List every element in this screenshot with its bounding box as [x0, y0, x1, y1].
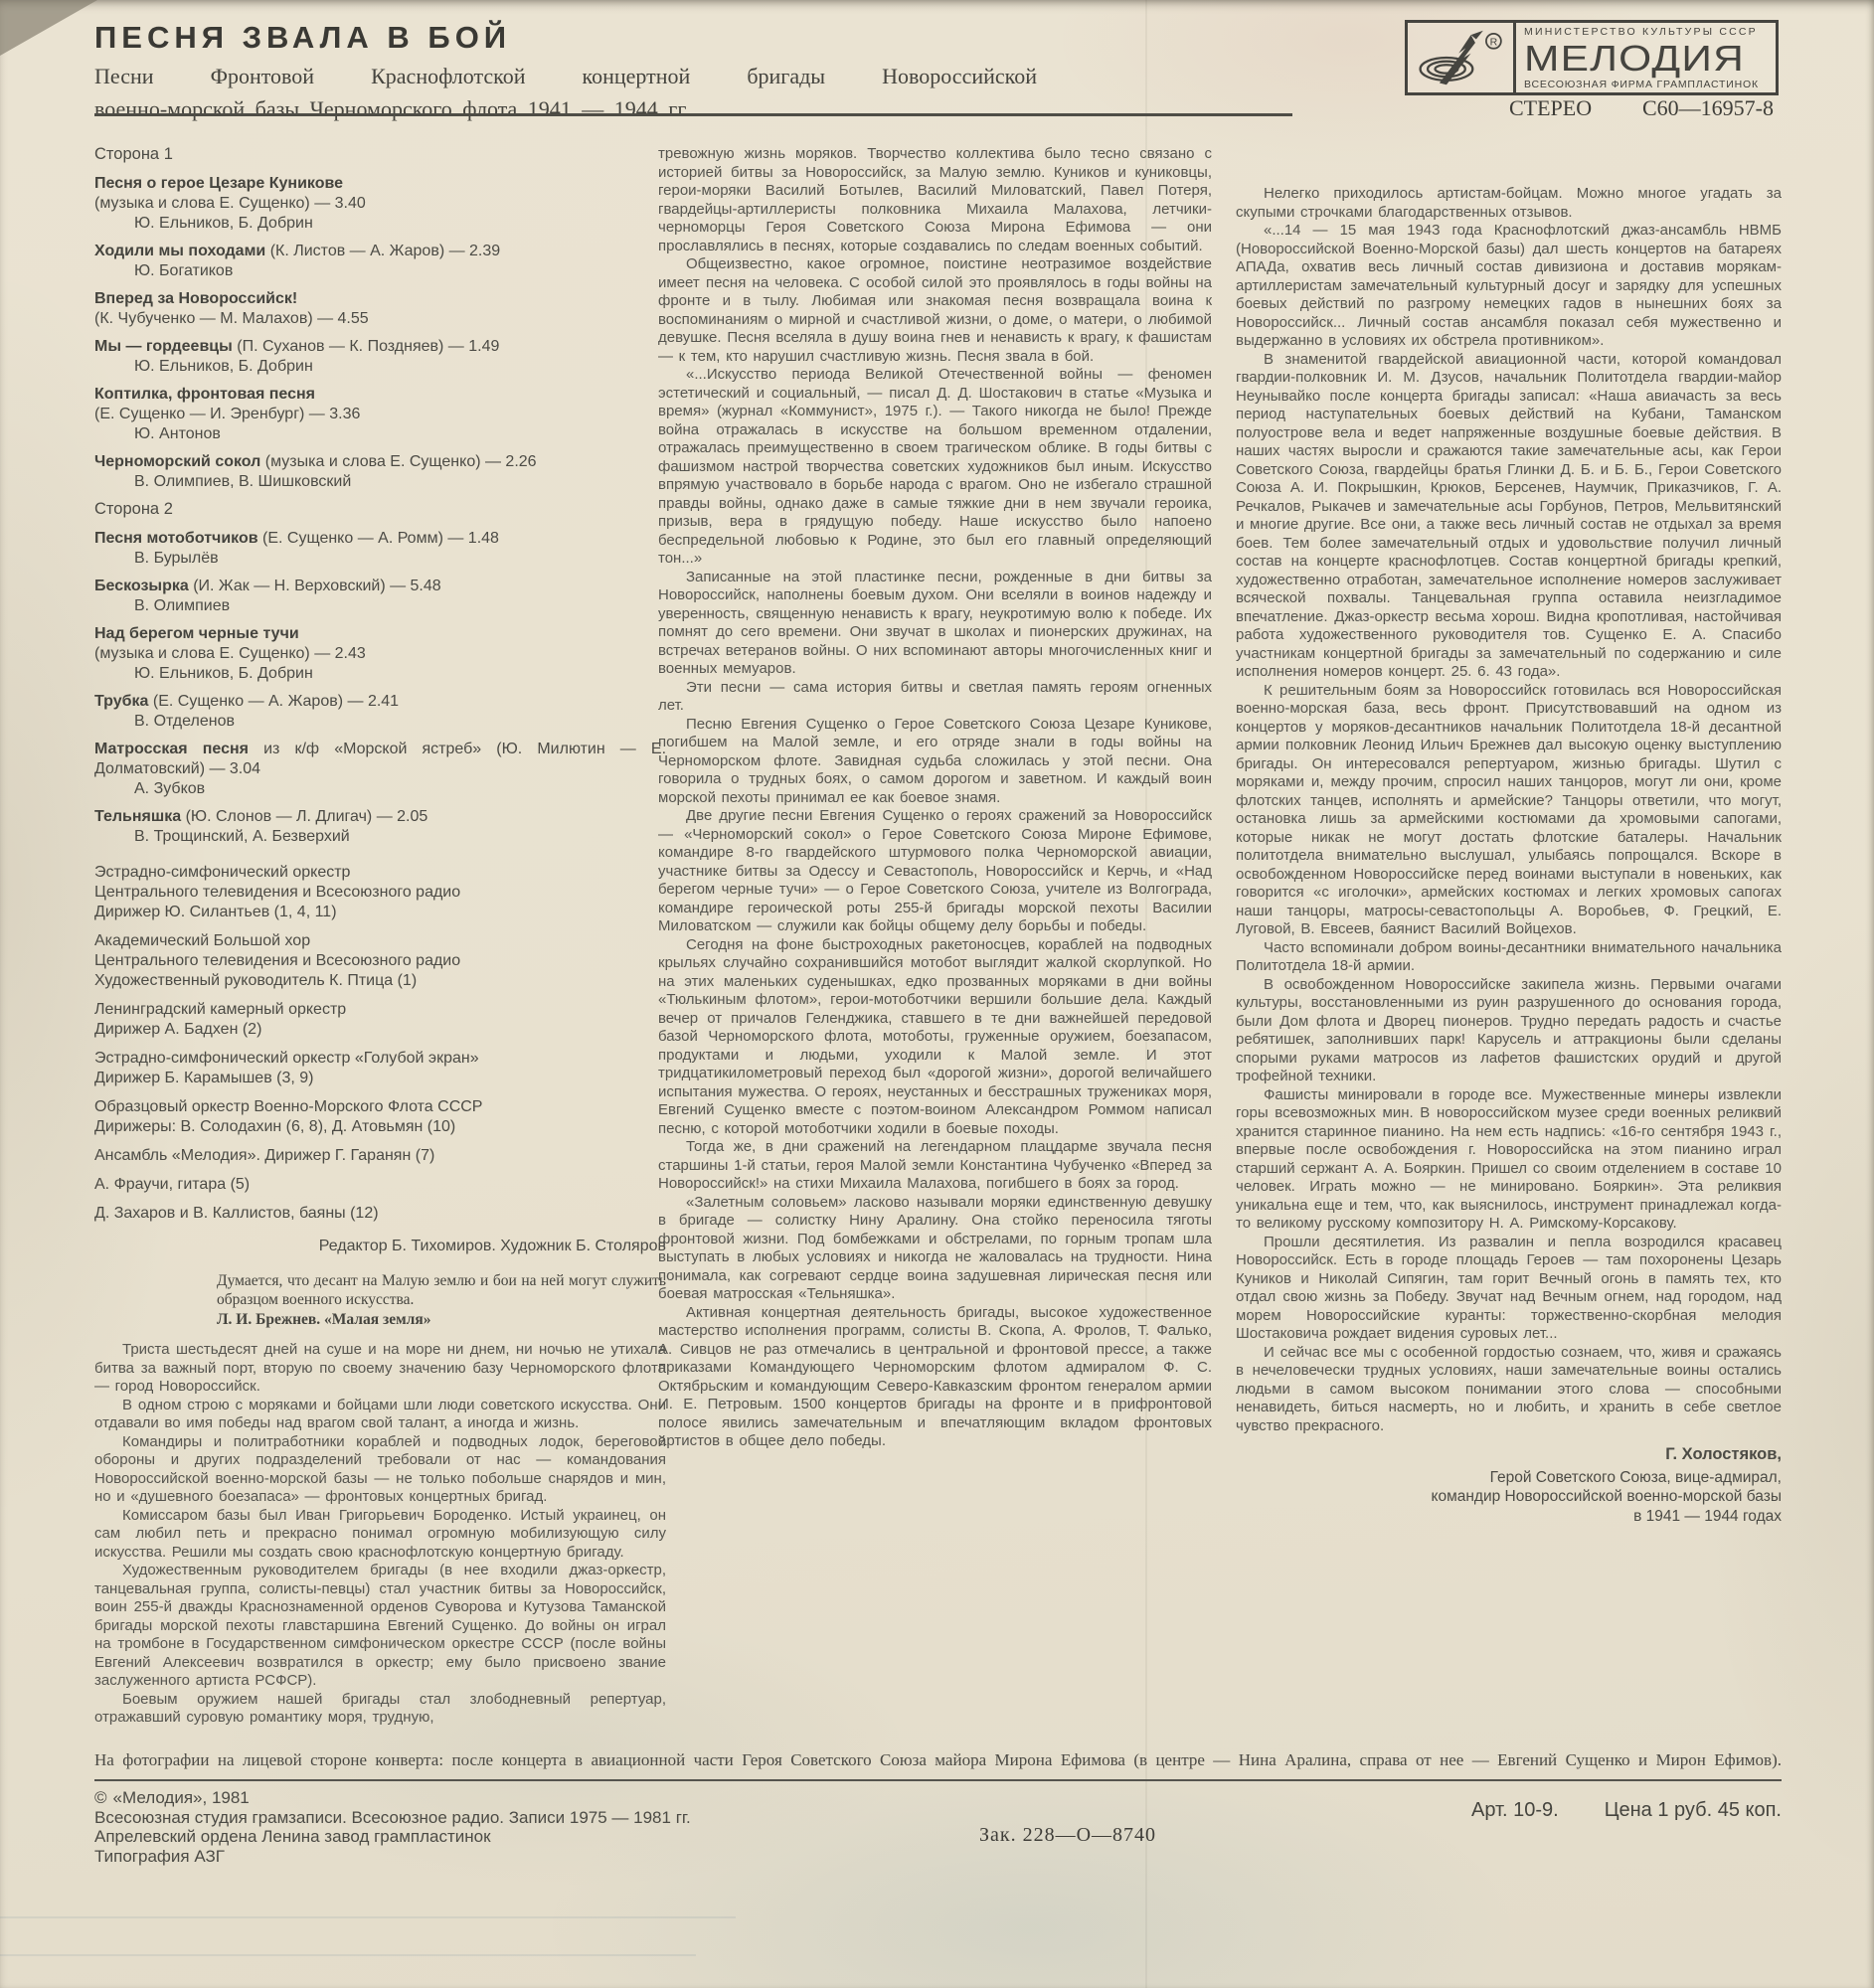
track-item: Матросская песня из к/ф «Морской ястреб»…	[94, 740, 666, 799]
signature-name: Г. Холостяков,	[1236, 1445, 1782, 1465]
catalog-number: С60—16957-8	[1642, 95, 1774, 121]
paragraph: Тогда же, в дни сражений на легендарном …	[658, 1138, 1212, 1194]
track-meta: (Ю. Слонов — Л. Длигач) — 2.05	[186, 808, 428, 825]
track-performers: В. Олимпиев	[94, 596, 666, 616]
paragraph: Записанные на этой пластинке песни, рожд…	[658, 569, 1212, 679]
track-meta: (Е. Сущенко — А. Жаров) — 2.41	[153, 693, 399, 710]
paragraph: Эти песни — сама история битвы и светлая…	[658, 679, 1212, 716]
column-essay-right: Нелегко приходилось артистам-бойцам. Мож…	[1236, 185, 1782, 1526]
paragraph: «Залетным соловьем» ласково называли мор…	[658, 1194, 1212, 1304]
signature-line: в 1941 — 1944 годах	[1236, 1507, 1782, 1527]
track-meta: (К. Листов — А. Жаров) — 2.39	[270, 243, 500, 259]
studio-line: Всесоюзная студия грамзаписи. Всесоюзное…	[94, 1808, 870, 1828]
paragraph: Комиссаром базы был Иван Григорьевич Бор…	[94, 1507, 666, 1563]
track-title: Черноморский сокол	[94, 453, 260, 470]
track-item: Песня мотоботчиков (Е. Сущенко — А. Ромм…	[94, 529, 666, 569]
track-performers: В. Трощинский, А. Безверхий	[94, 827, 666, 847]
track-item: Черноморский сокол (музыка и слова Е. Су…	[94, 452, 666, 492]
track-title: Бескозырка	[94, 578, 189, 594]
credit-line: Эстрадно-симфонический оркестр	[94, 863, 666, 883]
track-performers: В. Олимпиев, В. Шишковский	[94, 472, 666, 492]
track-performers: А. Зубков	[94, 779, 666, 799]
quote-text: Думается, что десант на Малую землю и бо…	[217, 1271, 666, 1309]
credit-block: А. Фраучи, гитара (5)	[94, 1175, 666, 1195]
paragraph: В освобожденном Новороссийске закипела ж…	[1236, 976, 1782, 1086]
track-meta: (Е. Сущенко — А. Ромм) — 1.48	[262, 530, 499, 547]
paragraph: Командиры и политработники кораблей и по…	[94, 1433, 666, 1507]
paragraph: В одном строю с моряками и бойцами шли л…	[94, 1397, 666, 1433]
record-sleeve-back: ПЕСНЯ ЗВАЛА В БОЙ Песни Фронтовой Красно…	[0, 0, 1874, 1988]
track-item: Вперед за Новороссийск! (К. Чубученко — …	[94, 289, 666, 329]
credit-block: Эстрадно-симфонический оркестр «Голубой …	[94, 1049, 666, 1088]
track-title: Мы — гордеевцы	[94, 338, 233, 355]
stereo-badge: СТЕРЕО	[1509, 95, 1592, 121]
header-rule	[94, 113, 1292, 116]
credit-line: Эстрадно-симфонический оркестр «Голубой …	[94, 1049, 666, 1069]
credit-line: Дирижер Ю. Силантьев (1, 4, 11)	[94, 903, 666, 922]
paragraph: Фашисты минировали в городе все. Мужеств…	[1236, 1086, 1782, 1234]
paragraph: Часто вспоминали добром воины-десантники…	[1236, 939, 1782, 976]
track-title: Матросская песня	[94, 741, 249, 757]
track-performers: Ю. Антонов	[94, 424, 666, 444]
track-item: Над берегом черные тучи (музыка и слова …	[94, 624, 666, 684]
editor-artist-line: Редактор Б. Тихомиров. Художник Б. Столя…	[94, 1238, 666, 1255]
track-item: Тельняшка (Ю. Слонов — Л. Длигач) — 2.05…	[94, 807, 666, 847]
copyright-icon: ©	[94, 1788, 107, 1808]
credit-block: Образцовый оркестр Военно-Морского Флота…	[94, 1097, 666, 1137]
horizontal-crease	[0, 1916, 736, 1918]
track-item: Трубка (Е. Сущенко — А. Жаров) — 2.41 В.…	[94, 692, 666, 732]
plant-line: Апрелевский ордена Ленина завод грамплас…	[94, 1827, 870, 1847]
paragraph: И сейчас все мы с особенной гордостью со…	[1236, 1344, 1782, 1436]
credit-block: Ансамбль «Мелодия». Дирижер Г. Гаранян (…	[94, 1146, 666, 1166]
paragraph: «...Искусство периода Великой Отечествен…	[658, 366, 1212, 569]
track-meta: (И. Жак — Н. Верховский) — 5.48	[193, 578, 440, 594]
paragraph: Общеизвестно, какое огромное, поистине н…	[658, 255, 1212, 366]
track-meta: (Е. Сущенко — И. Эренбург) — 3.36	[94, 406, 360, 422]
signature-line: Герой Советского Союза, вице-адмирал,	[1236, 1468, 1782, 1488]
side1-heading: Сторона 1	[94, 145, 666, 164]
paragraph: «...14 — 15 мая 1943 года Краснофлотский…	[1236, 222, 1782, 351]
melodiya-emblem-icon: R	[1408, 23, 1516, 92]
credit-line: Дирижеры: В. Солодахин (6, 8), Д. Атовьм…	[94, 1117, 666, 1137]
track-meta: (музыка и слова Е. Сущенко) — 2.43	[94, 645, 366, 662]
track-item: Коптилка, фронтовая песня (Е. Сущенко — …	[94, 385, 666, 444]
paragraph: Нелегко приходилось артистам-бойцам. Мож…	[1236, 185, 1782, 222]
signature-block: Г. Холостяков, Герой Советского Союза, в…	[1236, 1445, 1782, 1526]
track-title: Песня о герое Цезаре Куникове	[94, 175, 343, 192]
credit-line: Центрального телевидения и Всесоюзного р…	[94, 951, 666, 971]
track-title: Песня мотоботчиков	[94, 530, 258, 547]
paragraph: К решительным боям за Новороссийск готов…	[1236, 682, 1782, 939]
copyright-line: ©«Мелодия», 1981	[94, 1788, 870, 1808]
paragraph: Сегодня на фоне быстроходных ракетоносце…	[658, 936, 1212, 1139]
paragraph: Художественным руководителем бригады (в …	[94, 1562, 666, 1691]
track-meta: (музыка и слова Е. Сущенко) — 2.26	[265, 453, 537, 470]
label-brand: МЕЛОДИЯ	[1524, 42, 1813, 75]
credit-line: Ансамбль «Мелодия». Дирижер Г. Гаранян (…	[94, 1146, 666, 1166]
credit-line: А. Фраучи, гитара (5)	[94, 1175, 666, 1195]
track-title: Тельняшка	[94, 808, 181, 825]
credit-line: Д. Захаров и В. Каллистов, баяны (12)	[94, 1204, 666, 1224]
track-meta: (музыка и слова Е. Сущенко) — 3.40	[94, 195, 366, 212]
track-meta: (К. Чубученко — М. Малахов) — 4.55	[94, 310, 369, 327]
credit-block: Эстрадно-симфонический оркестр Центральн…	[94, 863, 666, 922]
credit-block: Академический Большой хор Центрального т…	[94, 931, 666, 991]
svg-text:R: R	[1490, 36, 1498, 48]
credit-line: Дирижер Б. Карамышев (3, 9)	[94, 1069, 666, 1088]
stereo-catalog-line: СТЕРЕО С60—16957-8	[1509, 95, 1774, 121]
copyright-text: «Мелодия», 1981	[113, 1788, 250, 1807]
track-performers: Ю. Богатиков	[94, 261, 666, 281]
track-title: Ходили мы походами	[94, 243, 265, 259]
signature-line: командир Новороссийской военно-морской б…	[1236, 1487, 1782, 1507]
art-number: Арт. 10-9.	[1471, 1799, 1559, 1822]
brezhnev-quote: Думается, что десант на Малую землю и бо…	[217, 1271, 666, 1329]
track-title: Вперед за Новороссийск!	[94, 290, 297, 307]
side2-heading: Сторона 2	[94, 500, 666, 519]
footer-rule	[94, 1779, 1782, 1781]
album-title: ПЕСНЯ ЗВАЛА В БОЙ	[94, 20, 511, 56]
track-item: Мы — гордеевцы (П. Суханов — К. Поздняев…	[94, 337, 666, 377]
track-performers: В. Отделенов	[94, 712, 666, 732]
track-performers: Ю. Ельников, Б. Добрин	[94, 664, 666, 684]
label-text-block: МИНИСТЕРСТВО КУЛЬТУРЫ СССР МЕЛОДИЯ ВСЕСО…	[1516, 23, 1776, 92]
track-title: Трубка	[94, 693, 148, 710]
paragraph: Активная концертная деятельность бригады…	[658, 1304, 1212, 1451]
paragraph: Боевым оружием нашей бригады стал злобод…	[94, 1691, 666, 1728]
track-item: Песня о герое Цезаре Куникове (музыка и …	[94, 174, 666, 234]
credit-line: Академический Большой хор	[94, 931, 666, 951]
order-number: Зак. 228—О—8740	[979, 1824, 1156, 1847]
paragraph: Триста шестьдесят дней на суше и на море…	[94, 1341, 666, 1397]
track-item: Ходили мы походами (К. Листов — А. Жаров…	[94, 242, 666, 281]
track-performers: Ю. Ельников, Б. Добрин	[94, 214, 666, 234]
worn-corner	[0, 0, 97, 56]
track-title: Коптилка, фронтовая песня	[94, 386, 315, 403]
track-performers: В. Бурылёв	[94, 549, 666, 569]
track-title: Над берегом черные тучи	[94, 625, 299, 642]
price: Цена 1 руб. 45 коп.	[1605, 1799, 1782, 1822]
quote-attribution: Л. И. Брежнев. «Малая земля»	[217, 1310, 666, 1329]
track-meta: (П. Суханов — К. Поздняев) — 1.49	[237, 338, 499, 355]
credit-line: Ленинградский камерный оркестр	[94, 1000, 666, 1020]
credit-line: Образцовый оркестр Военно-Морского Флота…	[94, 1097, 666, 1117]
credit-block: Ленинградский камерный оркестр Дирижер А…	[94, 1000, 666, 1040]
paragraph: тревожную жизнь моряков. Творчество колл…	[658, 145, 1212, 255]
credit-line: Дирижер А. Бадхен (2)	[94, 1020, 666, 1040]
paragraph: В знаменитой гвардейской авиационной час…	[1236, 351, 1782, 682]
label-ministry: МИНИСТЕРСТВО КУЛЬТУРЫ СССР	[1524, 26, 1770, 38]
melodiya-label-box: R МИНИСТЕРСТВО КУЛЬТУРЫ СССР МЕЛОДИЯ ВСЕ…	[1405, 20, 1779, 95]
paragraph: Прошли десятилетия. Из развалин и пепла …	[1236, 1234, 1782, 1344]
track-performers: Ю. Ельников, Б. Добрин	[94, 357, 666, 377]
credit-line: Центрального телевидения и Всесоюзного р…	[94, 883, 666, 903]
art-price-line: Арт. 10-9. Цена 1 руб. 45 коп.	[1471, 1799, 1782, 1822]
printer-line: Типография АЗГ	[94, 1847, 870, 1867]
photo-caption: На фотографии на лицевой стороне конверт…	[94, 1750, 1782, 1770]
column-tracklist: Сторона 1 Песня о герое Цезаре Куникове …	[94, 145, 666, 1728]
subtitle-line: Песни Фронтовой Краснофлотской концертно…	[94, 60, 1037, 92]
paragraph: Две другие песни Евгения Сущенко о героя…	[658, 807, 1212, 936]
track-item: Бескозырка (И. Жак — Н. Верховский) — 5.…	[94, 577, 666, 616]
credit-block: Д. Захаров и В. Каллистов, баяны (12)	[94, 1204, 666, 1224]
paragraph: Песню Евгения Сущенко о Герое Советского…	[658, 716, 1212, 808]
horizontal-crease	[0, 1954, 696, 1956]
column-essay-middle: тревожную жизнь моряков. Творчество колл…	[658, 145, 1212, 1451]
label-firm: ВСЕСОЮЗНАЯ ФИРМА ГРАМПЛАСТИНОК	[1524, 79, 1770, 90]
publisher-block: ©«Мелодия», 1981 Всесоюзная студия грамз…	[94, 1788, 870, 1866]
subtitle-line: военно-морской базы Черноморского флота …	[94, 92, 1037, 125]
credit-line: Художественный руководитель К. Птица (1)	[94, 971, 666, 991]
